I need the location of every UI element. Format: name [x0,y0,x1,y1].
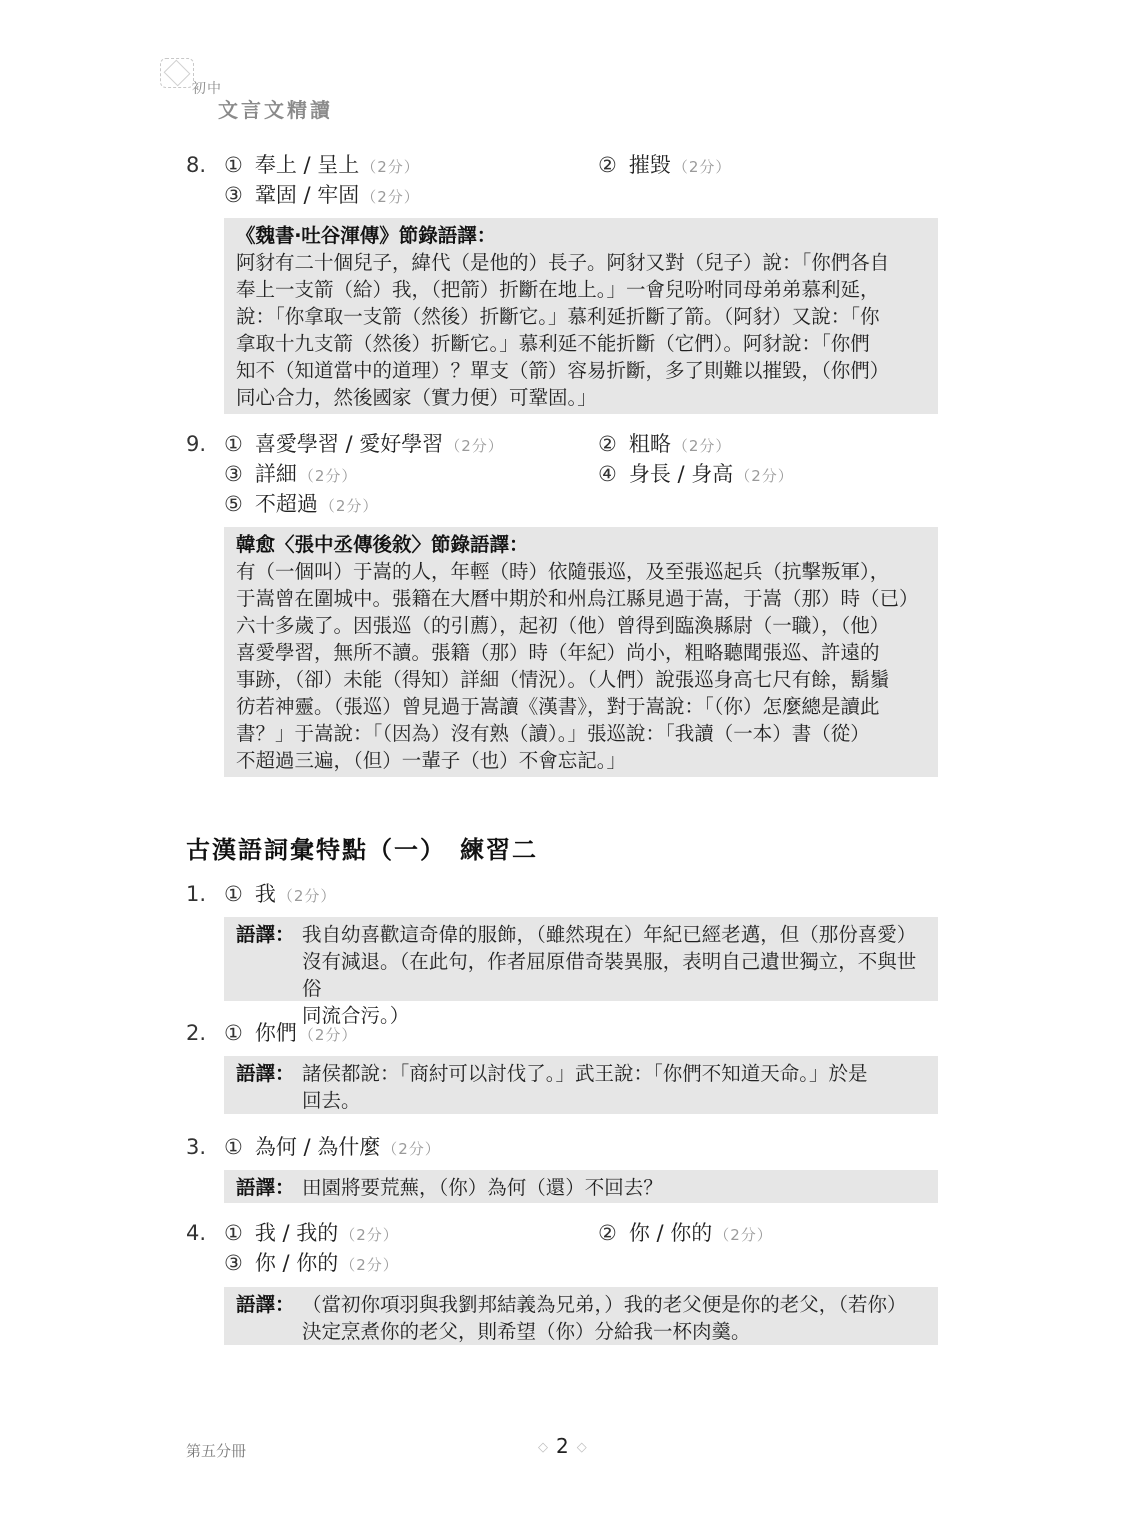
answer-points: （2分） [361,188,420,206]
translation-title: 《魏書‧吐谷渾傳》節錄語譯： [236,222,926,249]
translation-line: 書？」于嵩說：「（因為）沒有熟（讀）。」張巡說：「我讀（一本）書（從） [236,720,926,747]
answer-item: ①你們（2分） [224,1018,357,1050]
answer-marker: ① [224,1135,243,1159]
exercise-question-1: 1. [186,879,224,909]
page-number: 2 [556,1434,569,1458]
answer-points: （2分） [445,437,504,455]
answer-marker: ③ [224,462,243,486]
answer-item: ④身長 / 身高（2分） [598,459,794,491]
diamond-right-icon: ◇ [577,1440,587,1455]
answer-item: ①我 / 我的（2分） [224,1218,399,1250]
answer-marker: ② [598,153,617,177]
translation-line: 回去。 [302,1087,926,1114]
answer-marker: ③ [224,1251,243,1275]
translation-line: 決定烹煮你的老父，則希望（你）分給我一杯肉羹。 [302,1318,926,1345]
page-number-block: ◇2◇ [530,1434,595,1458]
answer-points: （2分） [714,1226,773,1244]
exercise-question-2: 2. [186,1018,224,1048]
question-number: 4. [186,1218,224,1248]
section-title: 古漢語詞彙特點（一） 練習二 [186,830,538,865]
translation-line: （當初你項羽與我劉邦結義為兄弟，）我的老父便是你的老父，（若你） [302,1291,926,1318]
translation-line: 六十多歲了。因張巡（的引薦），起初（他）曾得到臨渙縣尉（一職），（他） [236,612,926,639]
answer-text: 奉上 / 呈上 [255,153,359,177]
answer-text: 喜愛學習 / 愛好學習 [255,432,443,456]
answer-text: 我 / 我的 [255,1221,338,1245]
answer-text: 粗略 [629,432,671,456]
answer-text: 你 / 你的 [629,1221,712,1245]
series-title: 文言文精讀 [218,94,333,123]
answer-text: 詳細 [255,462,297,486]
answer-points: （2分） [340,1256,399,1274]
answer-item: ③鞏固 / 牢固（2分） [224,180,420,212]
answer-item: ③你 / 你的（2分） [224,1248,399,1280]
answer-item: ①為何 / 為什麼（2分） [224,1132,441,1164]
answer-points: （2分） [340,1226,399,1244]
answer-marker: ① [224,432,243,456]
translation-line: 說：「你拿取一支箭（然後）折斷它。」慕利延折斷了箭。（阿豺）又說：「你 [236,303,926,330]
answer-item: ①喜愛學習 / 愛好學習（2分） [224,429,504,461]
translation-line: 諸侯都說：「商紂可以討伐了。」武王說：「你們不知道天命。」於是 [302,1060,926,1087]
diamond-left-icon: ◇ [538,1440,548,1455]
answer-points: （2分） [382,1140,441,1158]
translation-line: 我自幼喜歡這奇偉的服飾，（雖然現在）年紀已經老邁，但（那份喜愛） [302,921,926,948]
answer-item: ⑤不超過（2分） [224,489,378,521]
answer-text: 摧毀 [629,153,671,177]
translation-title: 韓愈〈張中丞傳後敘〉節錄語譯： [236,531,926,558]
translation-line: 喜愛學習，無所不讀。張籍（那）時（年紀）尚小，粗略聽聞張巡、許遠的 [236,639,926,666]
answer-text: 身長 / 身高 [629,462,733,486]
answer-text: 你們 [255,1021,297,1045]
exercise-question-3: 3. [186,1132,224,1162]
question-number: 9. [186,429,224,459]
translation-line: 同心合力，然後國家（實力便）可鞏固。」 [236,384,926,411]
exercise-question-4: 4. [186,1218,224,1248]
book-header: 初中 文言文精讀 [158,56,418,126]
question-number: 1. [186,879,224,909]
answer-marker: ① [224,153,243,177]
answer-marker: ① [224,1021,243,1045]
translation-line: 田園將要荒蕪，（你）為何（還）不回去？ [302,1174,926,1201]
answer-text: 我 [255,882,276,906]
answer-marker: ① [224,1221,243,1245]
translation-line: 知不（知道當中的道理）？單支（箭）容易折斷，多了則難以摧毀，（你們） [236,357,926,384]
translation-line: 阿豺有二十個兒子，緯代（是他的）長子。阿豺又對（兒子）說：「你們各自 [236,249,926,276]
translation-label: 語譯： [236,1060,302,1114]
translation-box: 語譯： 諸侯都說：「商紂可以討伐了。」武王說：「你們不知道天命。」於是 回去。 [224,1056,938,1114]
answer-item: ②摧毀（2分） [598,150,731,182]
translation-line: 事跡，（卻）未能（得知）詳細（情況）。（人們）說張巡身高七尺有餘，鬍鬚 [236,666,926,693]
answer-item: ①我（2分） [224,879,336,911]
translation-line: 同流合污。） [302,1002,926,1029]
question-number: 3. [186,1132,224,1162]
translation-line: 不超過三遍，（但）一輩子（也）不會忘記。」 [236,747,926,774]
translation-line: 拿取十九支箭（然後）折斷它。」慕利延不能折斷（它們）。阿豺說：「你們 [236,330,926,357]
translation-box: 《魏書‧吐谷渾傳》節錄語譯： 阿豺有二十個兒子，緯代（是他的）長子。阿豺又對（兒… [224,218,938,414]
answer-text: 為何 / 為什麼 [255,1135,380,1159]
answer-text: 你 / 你的 [255,1251,338,1275]
question-9: 9. [186,429,224,459]
translation-box: 語譯： （當初你項羽與我劉邦結義為兄弟，）我的老父便是你的老父，（若你） 決定烹… [224,1287,938,1345]
translation-line: 于嵩曾在圍城中。張籍在大曆中期於和州烏江縣見過于嵩，于嵩（那）時（已） [236,585,926,612]
answer-text: 不超過 [255,492,318,516]
answer-text: 鞏固 / 牢固 [255,183,359,207]
answer-points: （2分） [320,497,379,515]
answer-points: （2分） [278,887,337,905]
answer-marker: ② [598,1221,617,1245]
question-8: 8. [186,150,224,180]
answer-points: （2分） [673,158,732,176]
volume-label: 第五分冊 [186,1440,246,1461]
translation-line: 沒有減退。（在此句，作者屈原借奇裝異服，表明自己遺世獨立，不與世俗 [302,948,926,1002]
answer-item: ②你 / 你的（2分） [598,1218,773,1250]
answer-points: （2分） [361,158,420,176]
answer-item: ③詳細（2分） [224,459,357,491]
question-number: 8. [186,150,224,180]
answer-marker: ③ [224,183,243,207]
translation-box: 語譯： 我自幼喜歡這奇偉的服飾，（雖然現在）年紀已經老邁，但（那份喜愛） 沒有減… [224,917,938,1001]
question-number: 2. [186,1018,224,1048]
translation-box: 語譯： 田園將要荒蕪，（你）為何（還）不回去？ [224,1170,938,1203]
translation-label: 語譯： [236,1174,302,1201]
translation-line: 奉上一支箭（給）我，（把箭）折斷在地上。」一會兒吩咐同母弟弟慕利延， [236,276,926,303]
translation-label: 語譯： [236,1291,302,1345]
answer-item: ①奉上 / 呈上（2分） [224,150,420,182]
translation-line: 有（一個叫）于嵩的人，年輕（時）依隨張巡，及至張巡起兵（抗擊叛軍）， [236,558,926,585]
translation-box: 韓愈〈張中丞傳後敘〉節錄語譯： 有（一個叫）于嵩的人，年輕（時）依隨張巡，及至張… [224,527,938,777]
answer-points: （2分） [299,1026,358,1044]
answer-marker: ⑤ [224,492,243,516]
translation-line: 彷若神靈。（張巡）曾見過于嵩讀《漢書》，對于嵩說：「（你）怎麼總是讀此 [236,693,926,720]
answer-marker: ② [598,432,617,456]
answer-points: （2分） [673,437,732,455]
answer-item: ②粗略（2分） [598,429,731,461]
translation-label: 語譯： [236,921,302,1029]
answer-marker: ④ [598,462,617,486]
knot-logo-icon [160,58,194,88]
answer-points: （2分） [299,467,358,485]
answer-marker: ① [224,882,243,906]
answer-points: （2分） [735,467,794,485]
